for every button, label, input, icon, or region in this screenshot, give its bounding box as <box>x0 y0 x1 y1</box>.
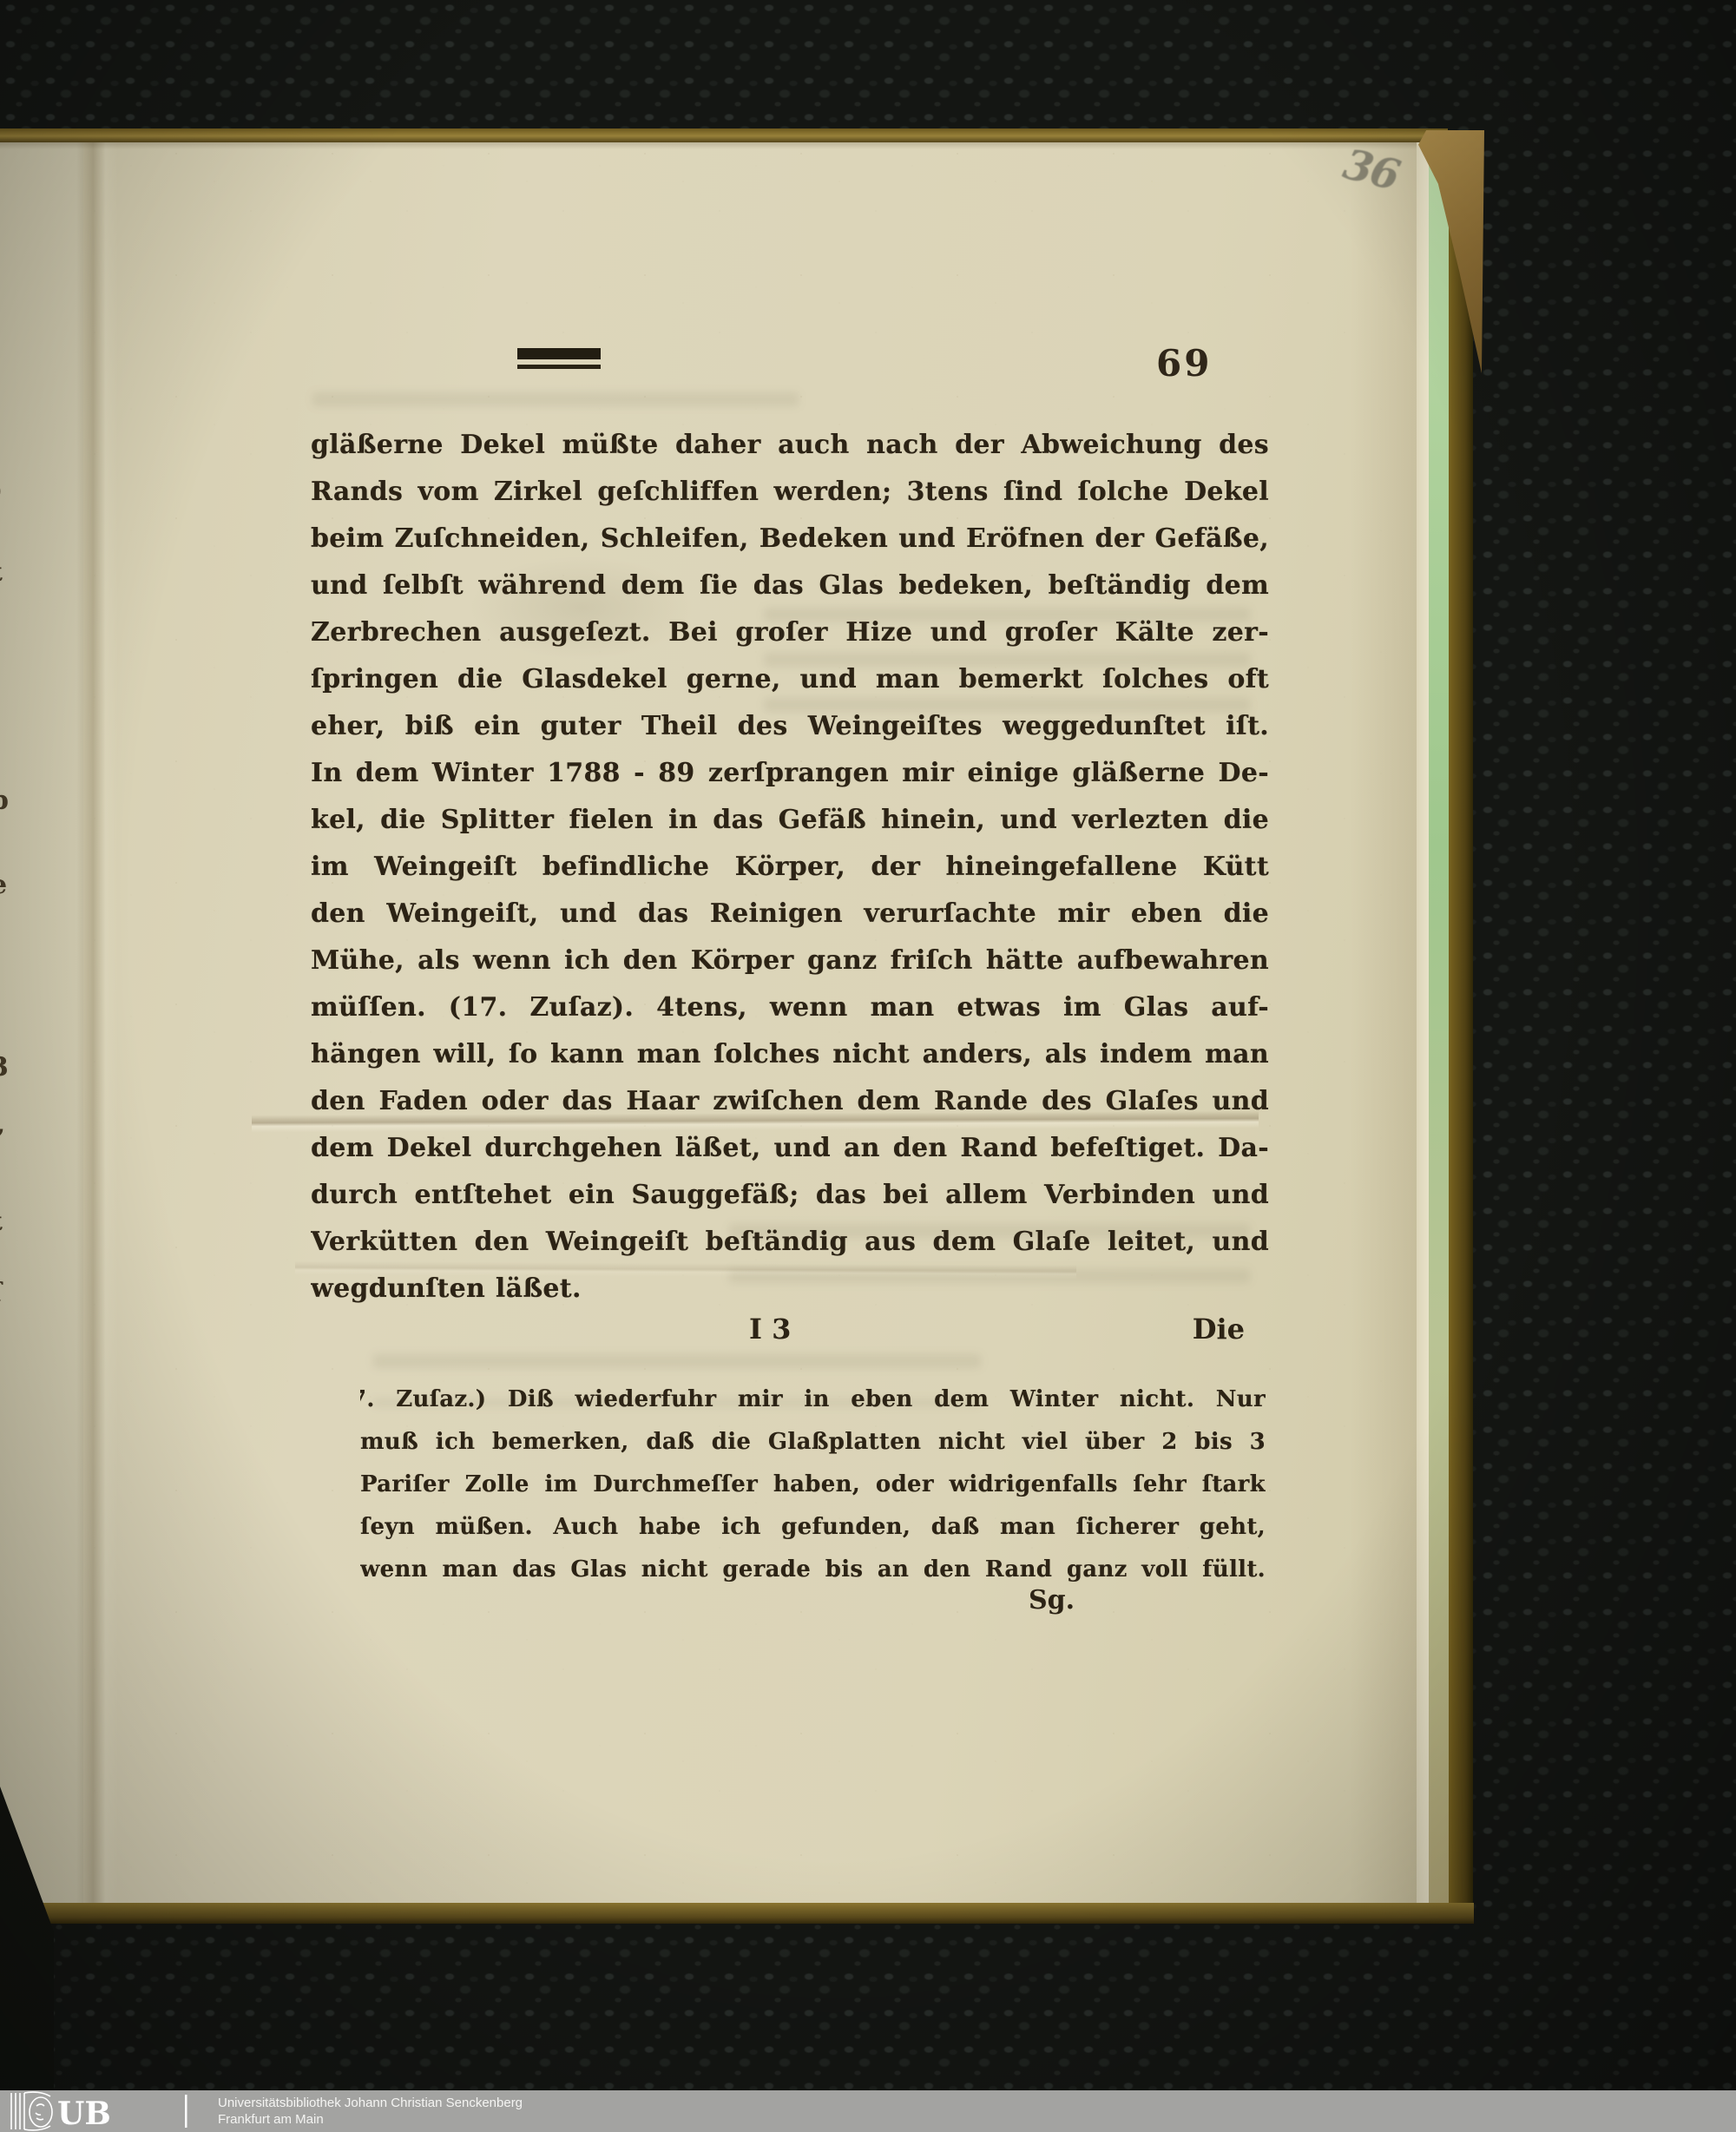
facing-page-sliver <box>0 139 83 1906</box>
cover-bottom-edge <box>42 1903 1474 1924</box>
section-rule-ornament <box>517 348 601 369</box>
book-scan-viewport: )tbe3„tſ 36 69 gläßerne Dekel müßte dahe… <box>0 0 1736 2132</box>
footnote-line-2: muß ich bemerken, daß die Glaßplatten ni… <box>360 1421 1266 1464</box>
left-edge-fragment-7: t <box>0 1207 3 1237</box>
body-line-18: Verkütten den Weingeiſt beſtändig aus de… <box>311 1219 1269 1266</box>
footnote-signature: Sg. <box>1029 1585 1075 1615</box>
left-edge-fragment-1: ) <box>0 476 3 506</box>
body-line-7: eher, biß ein guter Theil des Weingeiſte… <box>311 703 1269 750</box>
green-fore-edge <box>1429 141 1450 1906</box>
logo-divider <box>185 2095 187 2128</box>
left-edge-fragment-5: 3 <box>0 1052 9 1082</box>
body-line-4: und ſelbſt während dem ſie das Glas bede… <box>311 563 1269 609</box>
body-line-5: Zerbrechen ausgeſezt. Bei groſer Hize un… <box>311 609 1269 656</box>
footnote-line-5: wenn man das Glas nicht gerade bis an de… <box>360 1549 1266 1591</box>
body-line-6: ſpringen die Glasdekel gerne, und man be… <box>311 656 1269 703</box>
footnote-line-4: ſeyn müßen. Auch habe ich gefunden, daß … <box>360 1506 1266 1549</box>
ub-logo-text: UB <box>57 2096 111 2132</box>
left-edge-fragment-2: t <box>0 557 3 588</box>
body-line-16: dem Dekel durchgehen läßet, und an den R… <box>311 1125 1269 1172</box>
body-line-13: müſſen. (17. Zuſaz). 4tens, wenn man etw… <box>311 984 1269 1031</box>
body-text-block: gläßerne Dekel müßte daher auch nach der… <box>311 422 1269 1313</box>
body-line-12: Mühe, als wenn ich den Körper ganz friſc… <box>311 938 1269 984</box>
rule-thick-bar <box>517 348 601 359</box>
body-line-2: Rands vom Zirkel geſchliffen werden; 3te… <box>311 469 1269 516</box>
body-line-14: hängen will, ſo kann man ſolches nicht a… <box>311 1031 1269 1078</box>
ub-library-logo: UB <box>7 2090 194 2132</box>
page-number: 69 <box>1156 342 1212 385</box>
signature-mark: I 3 <box>749 1313 791 1346</box>
body-line-8: In dem Winter 1788 - 89 zerſprangen mir … <box>311 750 1269 797</box>
footnote-line-1: (17. Zuſaz.) Diß wiederfuhr mir in eben … <box>360 1379 1266 1421</box>
catchword: Die <box>1193 1313 1245 1346</box>
library-footer-bar: UB Universitätsbibliothek Johann Christi… <box>0 2090 1736 2132</box>
library-name: Universitätsbibliothek Johann Christian … <box>218 2095 523 2111</box>
left-edge-fragment-6: „ <box>0 1109 5 1140</box>
library-attribution: Universitätsbibliothek Johann Christian … <box>218 2095 523 2128</box>
body-line-11: den Weingeiſt, und das Reinigen verurſac… <box>311 891 1269 938</box>
left-edge-fragment-3: b <box>0 786 9 816</box>
cover-top-edge <box>0 128 1448 142</box>
body-line-10: im Weingeiſt befindliche Körper, der hin… <box>311 844 1269 891</box>
left-edge-fragment-8: ſ <box>0 1278 2 1308</box>
body-line-1: gläßerne Dekel müßte daher auch nach der… <box>311 422 1269 469</box>
gutter-crease <box>76 139 118 1906</box>
library-location: Frankfurt am Main <box>218 2111 523 2128</box>
goethe-portrait-icon <box>30 2097 52 2127</box>
rule-thin-bar <box>517 365 601 369</box>
cover-right-edge <box>1449 141 1473 1912</box>
body-line-9: kel, die Splitter fielen in das Gefäß hi… <box>311 797 1269 844</box>
signature-row: I 3 Die <box>311 1313 1269 1359</box>
body-line-3: beim Zuſchneiden, Schleifen, Bedeken und… <box>311 516 1269 563</box>
left-edge-fragment-4: e <box>0 870 7 900</box>
body-line-17: durch entſtehet ein Sauggefäß; das bei a… <box>311 1172 1269 1219</box>
footnote-block: (17. Zuſaz.) Diß wiederfuhr mir in eben … <box>360 1379 1266 1591</box>
book-pages-icon <box>11 2092 52 2130</box>
footnote-line-3: Pariſer Zolle im Durchmeſſer haben, oder… <box>360 1464 1266 1506</box>
